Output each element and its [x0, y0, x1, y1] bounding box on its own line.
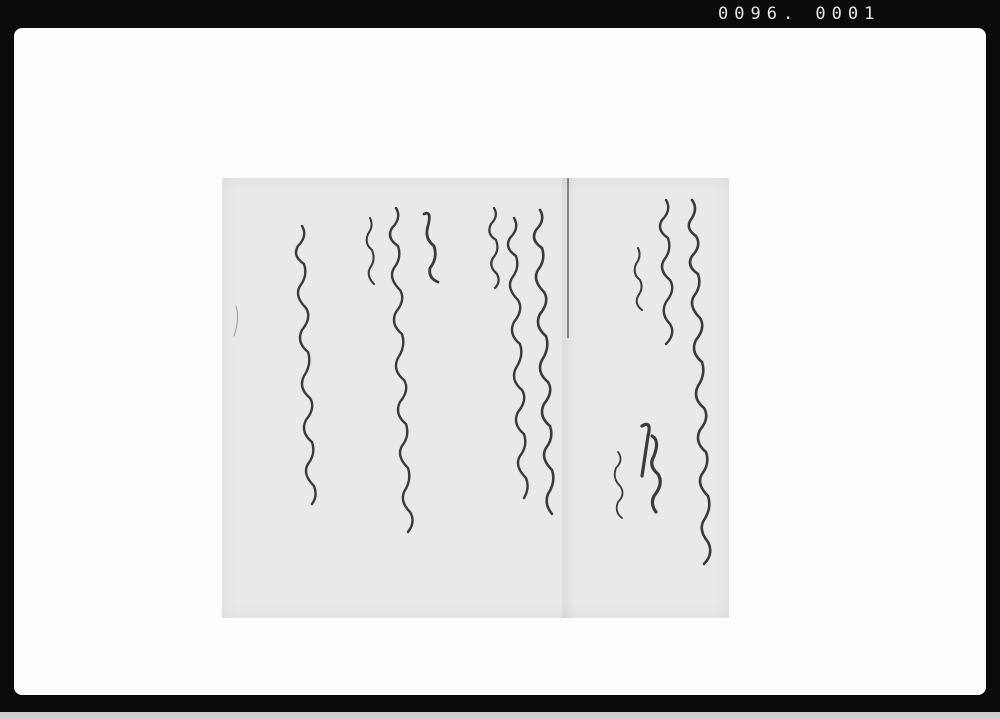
film-frame-number: 0096. 0001	[718, 4, 880, 24]
ink-column-4	[534, 210, 553, 514]
ink-column-8	[390, 208, 413, 532]
ink-column-10	[296, 226, 316, 504]
manuscript-page	[222, 178, 729, 618]
ink-signature-sub	[615, 452, 623, 518]
paper-mark	[234, 306, 238, 336]
ink-signature	[642, 424, 660, 512]
ink-column-9	[367, 218, 374, 284]
ink-column-5	[508, 218, 528, 498]
ink-column-6	[489, 208, 498, 288]
ink-column-2	[660, 200, 672, 344]
ink-column-1	[689, 200, 710, 564]
ink-column-3	[635, 248, 642, 310]
handwritten-text-columns	[222, 178, 729, 618]
ink-column-7	[424, 213, 438, 282]
film-edge-strip	[0, 712, 1000, 719]
